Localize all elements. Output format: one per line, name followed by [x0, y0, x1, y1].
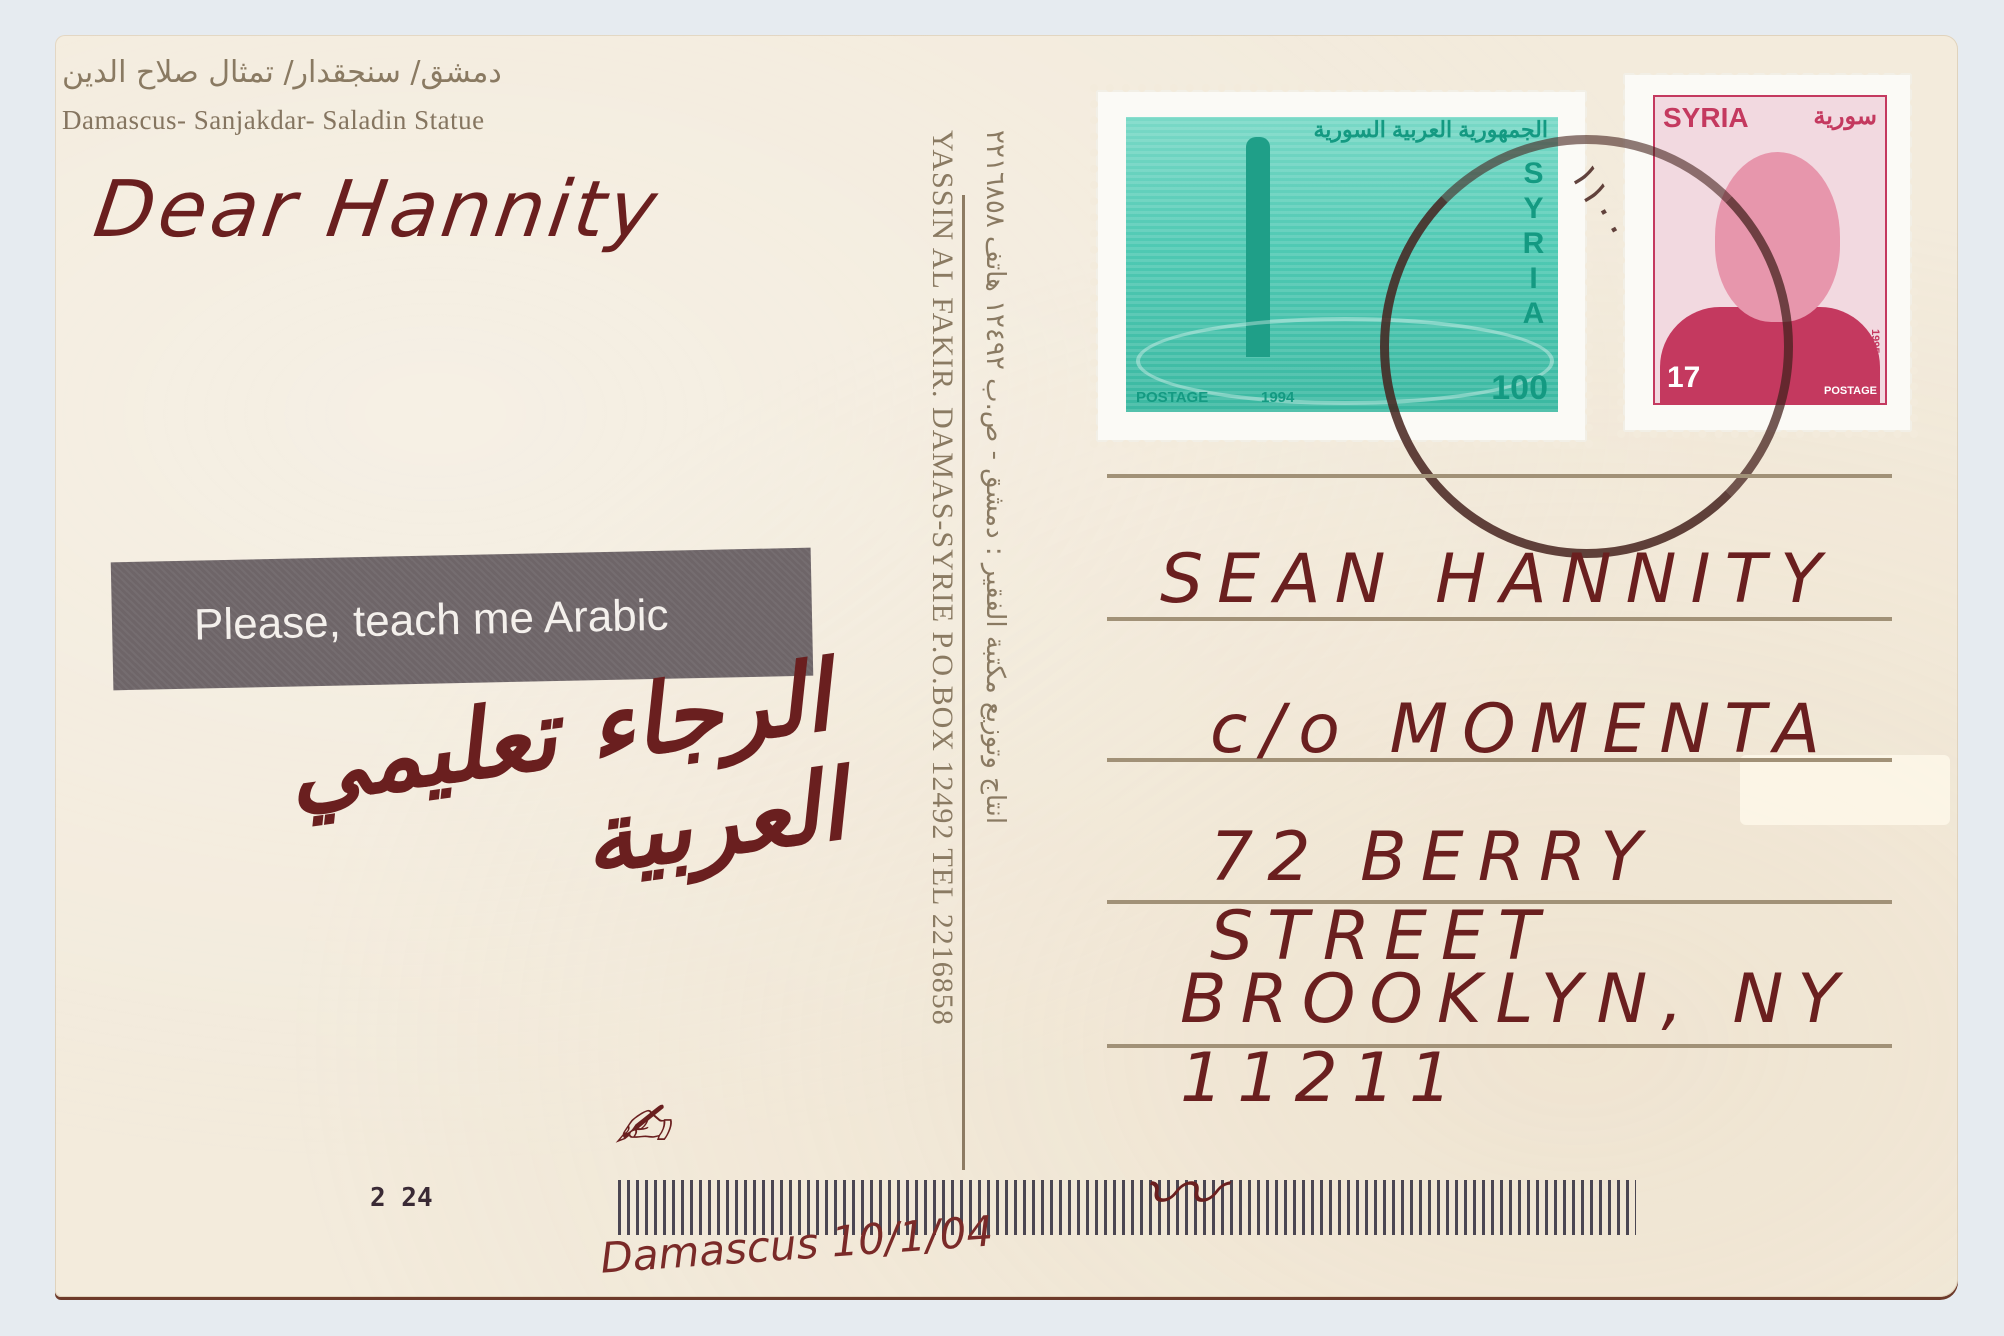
stamp-country: SYRIA [1663, 102, 1749, 134]
address-line [1107, 474, 1892, 478]
greeting-handwritten: Dear Hannity [89, 165, 666, 255]
publisher-info: YASSIN AL FAKIR. DAMAS-SYRIE P.O.BOX 124… [925, 130, 965, 1190]
caption-arabic: دمشق/ سنجقدار/ تمثال صلاح الدين [62, 55, 502, 90]
stamp-postage-label: POSTAGE [1136, 389, 1208, 406]
stamp-country-arabic: سورية [1813, 102, 1877, 131]
stamp-postage-label: POSTAGE [1824, 385, 1877, 397]
address-street: 72 BERRY STREET [1210, 818, 2004, 976]
center-divider [962, 195, 965, 1170]
address-name: SEAN HANNITY [1160, 540, 1836, 619]
publisher-arabic: انتاج وتوزيع مكتبة الفقير : دمشق - ص.ب ١… [980, 130, 1010, 824]
printed-label-text: Please, teach me Arabic [194, 591, 669, 651]
caption-english: Damascus- Sanjakdar- Saladin Statue [62, 105, 485, 136]
serial-number: 2 24 [370, 1185, 433, 1211]
stamp-year: 1994 [1261, 389, 1294, 406]
publisher-english: YASSIN AL FAKIR. DAMAS-SYRIE P.O.BOX 124… [925, 130, 959, 1026]
address-city: BROOKLYN, NY 11211 [1180, 960, 2004, 1118]
stamp-country-arabic: الجمهورية العربية السورية [1314, 117, 1548, 143]
address-care-of: c/o MOMENTA [1210, 690, 1834, 769]
stamp-year: 1995 [1869, 329, 1881, 353]
